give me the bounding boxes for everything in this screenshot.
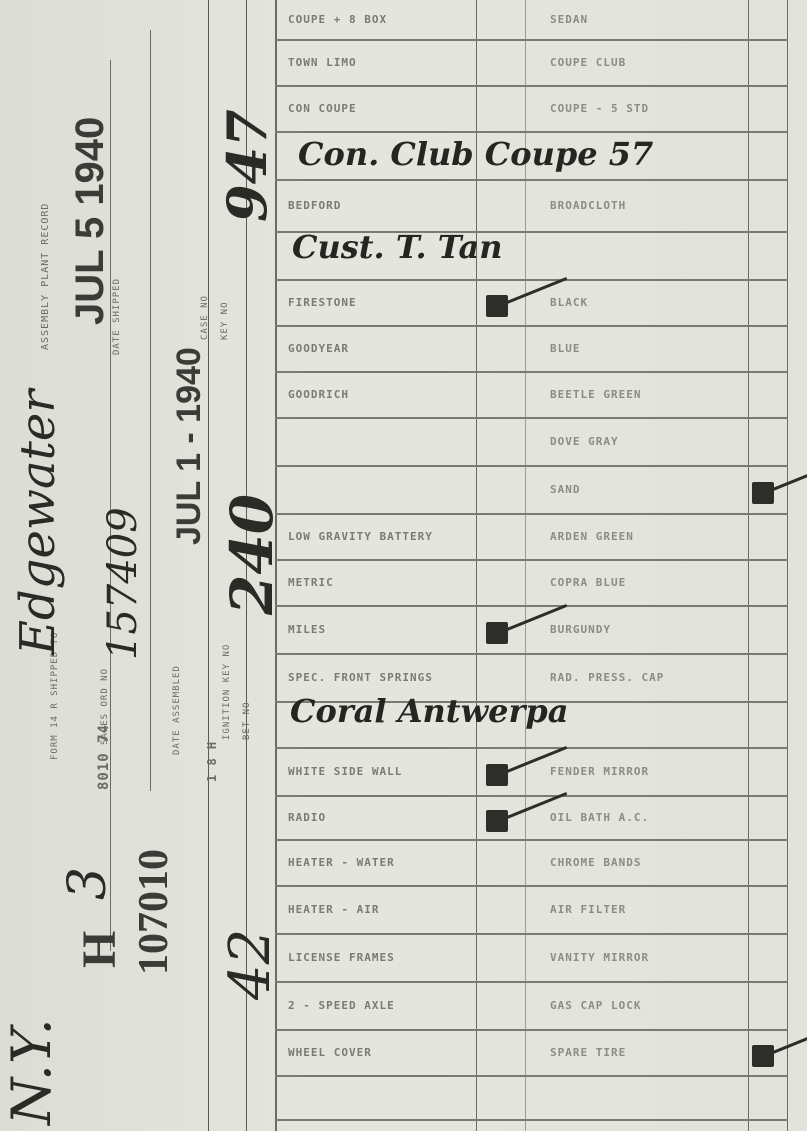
option-left-label: MILES — [288, 623, 326, 636]
option-right-checkbox[interactable] — [750, 934, 786, 982]
bottom-hand-number: 42 — [218, 929, 283, 1000]
option-left-label: HEATER - WATER — [288, 856, 395, 869]
option-left-label: FIRESTONE — [288, 296, 357, 309]
date-shipped-value: JUL 5 1940 — [68, 117, 113, 325]
option-right-label: BEETLE GREEN — [550, 388, 641, 401]
option-left-checkbox[interactable] — [478, 326, 524, 372]
option-right-checkbox[interactable] — [750, 514, 786, 560]
row-divider — [275, 179, 788, 181]
checkmark-icon — [486, 295, 508, 317]
corner-note: N.Y. — [0, 1018, 63, 1125]
option-left-checkbox[interactable] — [478, 886, 524, 934]
option-left-label: GOODYEAR — [288, 342, 349, 355]
option-left-label: SPEC. FRONT SPRINGS — [288, 671, 433, 684]
option-right-label: ARDEN GREEN — [550, 530, 634, 543]
row-divider — [275, 1075, 788, 1077]
date-assembled-label: DATE ASSEMBLED — [172, 665, 182, 755]
option-left-checkbox[interactable] — [478, 840, 524, 886]
option-right-checkbox[interactable] — [750, 326, 786, 372]
row-divider — [275, 371, 788, 373]
handwritten-paint: Coral Antwerpa — [290, 692, 568, 730]
checkmark-icon — [752, 1045, 774, 1067]
case-no-label: CASE NO — [200, 295, 210, 340]
date-shipped-label: DATE SHIPPED — [112, 278, 122, 355]
handwritten-trim: Cust. T. Tan — [292, 228, 503, 266]
option-right-label: RAD. PRESS. CAP — [550, 671, 664, 684]
option-right-label: BLUE — [550, 342, 581, 355]
row-divider — [275, 39, 788, 41]
option-right-label: FENDER MIRROR — [550, 765, 649, 778]
option-right-label: DOVE GRAY — [550, 435, 619, 448]
serial-label: 1 8 H — [205, 741, 219, 782]
checkmark-icon — [486, 764, 508, 786]
row-divider — [275, 747, 788, 749]
assembly-plant-record-card: COUPE + 8 BOXSEDANTOWN LIMOCOUPE CLUBCON… — [0, 0, 807, 1131]
row-divider — [275, 417, 788, 419]
option-right-label: BLACK — [550, 296, 588, 309]
option-left-checkbox[interactable] — [478, 372, 524, 418]
option-right-checkbox[interactable] — [750, 886, 786, 934]
checkmark-icon — [486, 622, 508, 644]
row-divider — [275, 131, 788, 133]
date-assembled-value: JUL 1 - 1940 — [170, 347, 209, 545]
form-title: ASSEMBLY PLANT RECORD — [40, 203, 51, 350]
row-divider — [275, 279, 788, 281]
option-left-label: TOWN LIMO — [288, 56, 357, 69]
stamp-digit: 3 — [58, 867, 118, 900]
option-left-label: WHITE SIDE WALL — [288, 765, 402, 778]
option-right-checkbox[interactable] — [750, 180, 786, 232]
row-divider — [275, 1119, 788, 1121]
option-left-checkbox[interactable] — [478, 280, 524, 326]
row-divider — [275, 325, 788, 327]
option-right-checkbox[interactable] — [750, 654, 786, 702]
option-right-checkbox[interactable] — [750, 232, 786, 280]
option-left-checkbox[interactable] — [478, 982, 524, 1030]
stamp-number: 107010 — [130, 849, 178, 975]
option-left-label: LOW GRAVITY BATTERY — [288, 530, 433, 543]
row-divider — [275, 605, 788, 607]
option-right-checkbox[interactable] — [750, 0, 786, 40]
row-divider — [275, 885, 788, 887]
option-right-label: BURGUNDY — [550, 623, 611, 636]
divider — [208, 0, 209, 1131]
ignition-key-value: 240 — [218, 494, 286, 615]
option-right-checkbox[interactable] — [750, 372, 786, 418]
row-divider — [275, 85, 788, 87]
option-right-checkbox[interactable] — [750, 418, 786, 466]
ignition-key-label: IGNITION KEY NO — [222, 644, 232, 740]
option-left-checkbox[interactable] — [478, 86, 524, 132]
option-right-checkbox[interactable] — [750, 1076, 786, 1120]
option-left-checkbox[interactable] — [478, 1076, 524, 1120]
option-right-label: SEDAN — [550, 13, 588, 26]
option-left-checkbox[interactable] — [478, 514, 524, 560]
option-right-checkbox[interactable] — [750, 1030, 786, 1076]
option-left-checkbox[interactable] — [478, 466, 524, 514]
option-right-label: SAND — [550, 483, 581, 496]
option-left-checkbox[interactable] — [478, 0, 524, 40]
row-divider — [275, 933, 788, 935]
option-left-label: COUPE + 8 BOX — [288, 13, 387, 26]
option-right-checkbox[interactable] — [750, 840, 786, 886]
checkmark-icon — [486, 810, 508, 832]
option-right-label: GAS CAP LOCK — [550, 999, 641, 1012]
option-right-label: SPARE TIRE — [550, 1046, 626, 1059]
option-right-checkbox[interactable] — [750, 796, 786, 840]
option-right-checkbox[interactable] — [750, 132, 786, 180]
sales-ord-value: 157409 — [100, 507, 146, 660]
row-divider — [275, 513, 788, 515]
option-left-checkbox[interactable] — [478, 40, 524, 86]
key-no-value: 947 — [215, 109, 279, 222]
option-left-label: 2 - SPEED AXLE — [288, 999, 395, 1012]
row-divider — [275, 1029, 788, 1031]
option-right-label: VANITY MIRROR — [550, 951, 649, 964]
option-left-label: METRIC — [288, 576, 334, 589]
option-left-label: WHEEL COVER — [288, 1046, 372, 1059]
option-right-label: COUPE CLUB — [550, 56, 626, 69]
option-left-checkbox[interactable] — [478, 418, 524, 466]
option-left-checkbox[interactable] — [478, 748, 524, 796]
row-divider — [275, 559, 788, 561]
option-left-label: BEDFORD — [288, 199, 341, 212]
row-divider — [275, 465, 788, 467]
shipped-to-value: Edgewater — [10, 390, 66, 655]
checkmark-icon — [752, 482, 774, 504]
divider — [150, 30, 151, 791]
option-right-checkbox[interactable] — [750, 560, 786, 606]
option-right-checkbox[interactable] — [750, 280, 786, 326]
option-right-checkbox[interactable] — [750, 86, 786, 132]
option-left-checkbox[interactable] — [478, 796, 524, 840]
bet-no-label: BET NO — [242, 701, 252, 740]
option-right-label: AIR FILTER — [550, 903, 626, 916]
option-right-label: CHROME BANDS — [550, 856, 641, 869]
option-right-checkbox[interactable] — [750, 466, 786, 514]
option-right-label: BROADCLOTH — [550, 199, 626, 212]
option-right-checkbox[interactable] — [750, 606, 786, 654]
handwritten-body-style: Con. Club Coupe 57 — [298, 135, 653, 173]
option-left-label: RADIO — [288, 811, 326, 824]
option-left-checkbox[interactable] — [478, 1030, 524, 1076]
row-divider — [275, 981, 788, 983]
option-left-checkbox[interactable] — [478, 934, 524, 982]
option-right-checkbox[interactable] — [750, 982, 786, 1030]
row-divider — [275, 795, 788, 797]
option-left-label: CON COUPE — [288, 102, 357, 115]
option-right-checkbox[interactable] — [750, 748, 786, 796]
row-divider — [275, 653, 788, 655]
option-left-label: LICENSE FRAMES — [288, 951, 395, 964]
table-right-border — [787, 0, 788, 1131]
option-right-label: COUPE - 5 STD — [550, 102, 649, 115]
option-right-checkbox[interactable] — [750, 702, 786, 748]
option-left-checkbox[interactable] — [478, 180, 524, 232]
option-left-checkbox[interactable] — [478, 560, 524, 606]
option-left-checkbox[interactable] — [478, 606, 524, 654]
stamp-letter: H — [72, 931, 127, 968]
serial-print: 8010 74 — [96, 724, 112, 790]
option-right-checkbox[interactable] — [750, 40, 786, 86]
row-divider — [275, 839, 788, 841]
table-col-divider — [748, 0, 749, 1131]
key-no-label: KEY NO — [220, 301, 230, 340]
option-right-label: OIL BATH A.C. — [550, 811, 649, 824]
option-left-label: HEATER - AIR — [288, 903, 379, 916]
option-right-label: COPRA BLUE — [550, 576, 626, 589]
option-left-label: GOODRICH — [288, 388, 349, 401]
